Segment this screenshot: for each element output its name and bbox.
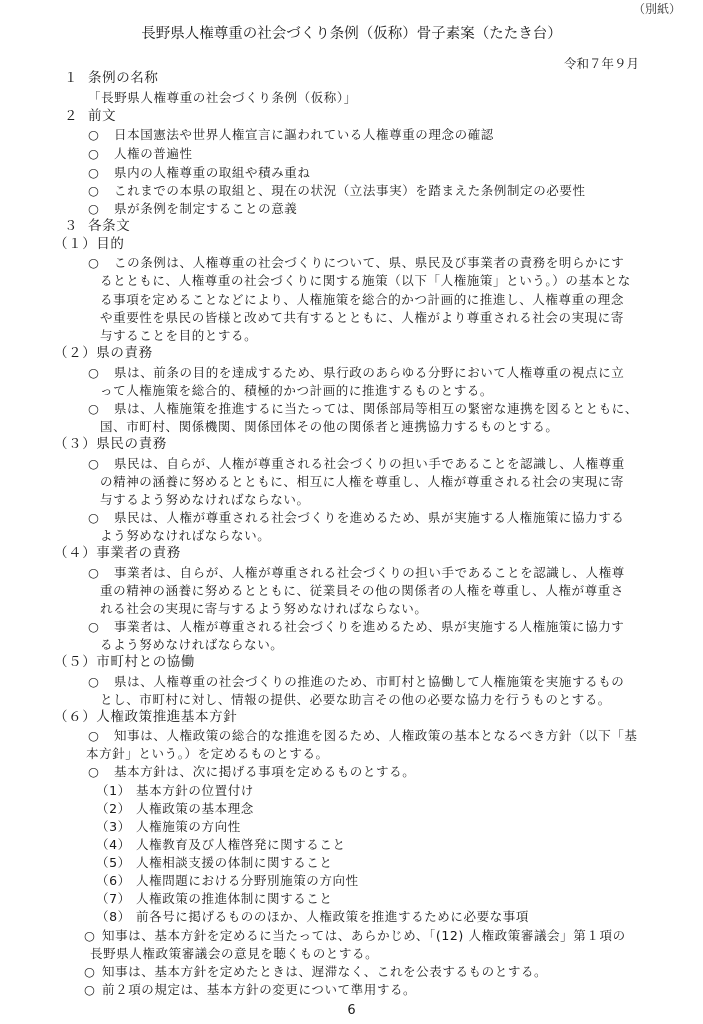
preamble-item: ○これまでの本県の取組と、現在の状況（立法事実）を踏まえた条例制定の必要性 [88,182,586,199]
article-text: ○事業者は、自らが、人権が尊重される社会づくりの担い手であることを認識し、人権尊 [88,564,625,581]
article-text: ○この条例は、人権尊重の社会づくりについて、県、県民及び事業者の責務を明らかにす [88,254,624,271]
circle-bullet-icon: ○ [88,182,114,199]
article-text: る事項を定めることなどにより、人権施策を総合的かつ計画的に推進し、人権尊重の理念 [100,291,624,308]
section-number: ２ [64,108,88,125]
circle-bullet-icon: ○ [88,509,114,526]
section-3-heading: ３各条文 [64,218,130,235]
circle-bullet-icon: ○ [88,126,114,143]
policy-subitem: （8）前各号に掲げるもののほか、人権政策を推進するために必要な事項 [96,908,529,925]
circle-bullet-icon: ○ [84,981,102,998]
article-text: 与するよう努めなければならない。 [100,491,310,508]
section-1-heading: １条例の名称 [64,70,159,87]
article-text: ○知事は、基本方針を定めたときは、遅滞なく、これを公表するものとする。 [84,963,547,980]
article-text: ○県は、人権尊重の社会づくりの推進のため、市町村と協働して人権施策を実施するもの [88,673,624,690]
circle-bullet-icon: ○ [88,254,114,271]
circle-bullet-icon: ○ [88,400,114,417]
policy-subitem: （4）人権教育及び人権啓発に関すること [96,836,346,853]
article-3-heading: （３）県民の責務 [54,436,167,453]
article-4-heading: （４）事業者の責務 [54,545,181,562]
article-text: や重要性を県民の皆様と改めて共有するとともに、人権がより尊重される社会の実現に寄 [100,309,624,326]
circle-bullet-icon: ○ [88,673,114,690]
circle-bullet-icon: ○ [88,727,114,744]
policy-subitem: （7）人権政策の推進体制に関すること [96,890,333,907]
circle-bullet-icon: ○ [88,763,114,780]
policy-subitem: （1）基本方針の位置付け [96,782,254,799]
policy-subitem: （5）人権相談支援の体制に関すること [96,854,333,871]
document-date: 令和７年９月 [564,54,639,72]
circle-bullet-icon: ○ [88,145,114,162]
preamble-item: ○日本国憲法や世界人権宣言に謳われている人権尊重の理念の確認 [88,126,494,143]
article-text: ○知事は、基本方針を定めるに当たっては、あらかじめ、「(12) 人権政策審議会」… [84,927,626,944]
circle-bullet-icon: ○ [88,364,114,381]
article-5-heading: （５）市町村との協働 [54,654,195,671]
section-title: 各条文 [88,218,130,234]
article-6-heading: （６）人権政策推進基本方針 [54,709,237,726]
article-text: ○基本方針は、次に掲げる事項を定めるものとする。 [88,763,415,780]
preamble-item: ○県が条例を制定することの意義 [88,200,297,217]
preamble-item: ○県内の人権尊重の取組や積み重ね [88,164,311,181]
article-text: ○前２項の規定は、基本方針の変更について準用する。 [84,981,416,998]
section-number: １ [64,70,88,87]
article-text: 与することを目的とする。 [100,327,257,344]
attachment-note: （別紙） [633,0,681,17]
article-text: 長野県人権政策審議会の意見を聴くものとする。 [90,945,378,962]
circle-bullet-icon: ○ [84,963,102,980]
article-text: 国、市町村、関係機関、関係団体その他の関係者と連携協力するものとする。 [100,418,559,435]
section-title: 前文 [88,108,116,124]
section-number: ３ [64,218,88,235]
section-title: 条例の名称 [88,70,159,86]
article-text: ○県は、人権施策を推進するに当たっては、関係部局等相互の緊密な連携を図るとともに… [88,400,638,417]
article-text: ○県民は、人権が尊重される社会づくりを進めるため、県が実施する人権施策に協力する [88,509,624,526]
ordinance-name: 「長野県人権尊重の社会づくり条例（仮称）」 [88,89,357,106]
circle-bullet-icon: ○ [88,200,114,217]
circle-bullet-icon: ○ [88,455,114,472]
article-text: るとともに、人権尊重の社会づくりに関する施策（以下「人権施策」という。）の基本と… [100,272,631,289]
article-text: ○知事は、人権政策の総合的な推進を図るため、人権政策の基本となるべき方針（以下「… [88,727,638,744]
article-text: 重の精神の涵養に努めるとともに、従業員その他の関係者の人権を尊重し、人権が尊重さ [100,582,624,599]
article-text: ○県は、前条の目的を達成するため、県行政のあらゆる分野において人権尊重の視点に立 [88,364,624,381]
document-title: 長野県人権尊重の社会づくり条例（仮称）骨子素案（たたき台） [0,22,703,43]
circle-bullet-icon: ○ [84,927,102,944]
article-2-heading: （２）県の責務 [54,345,153,362]
article-text: れる社会の実現に寄与するよう努めなければならない。 [100,600,428,617]
policy-subitem: （6）人権問題における分野別施策の方向性 [96,872,359,889]
article-text: ○事業者は、人権が尊重される社会づくりを進めるため、県が実施する人権施策に協力す [88,618,624,635]
article-text: の精神の涵養に努めるとともに、相互に人権を尊重し、人権が尊重される社会の実現に寄 [100,473,624,490]
preamble-item: ○人権の普遍性 [88,145,193,162]
circle-bullet-icon: ○ [88,564,114,581]
policy-subitem: （3）人権施策の方向性 [96,818,241,835]
policy-subitem: （2）人権政策の基本理念 [96,800,254,817]
article-text: ○県民は、自らが、人権が尊重される社会づくりの担い手であることを認識し、人権尊重 [88,455,625,472]
circle-bullet-icon: ○ [88,164,114,181]
circle-bullet-icon: ○ [88,618,114,635]
article-1-heading: （１）目的 [54,236,125,253]
section-2-heading: ２前文 [64,108,116,125]
article-text: よう努めなければならない。 [100,527,270,544]
article-text: って人権施策を総合的、積極的かつ計画的に推進するものとする。 [100,382,493,399]
article-text: 本方針」という。）を定めるものとする。 [86,745,329,762]
article-text: とし、市町村に対し、情報の提供、必要な助言その他の必要な協力を行うものとする。 [100,691,611,708]
article-text: るよう努めなければならない。 [100,636,283,653]
page-number: 6 [0,1003,703,1018]
